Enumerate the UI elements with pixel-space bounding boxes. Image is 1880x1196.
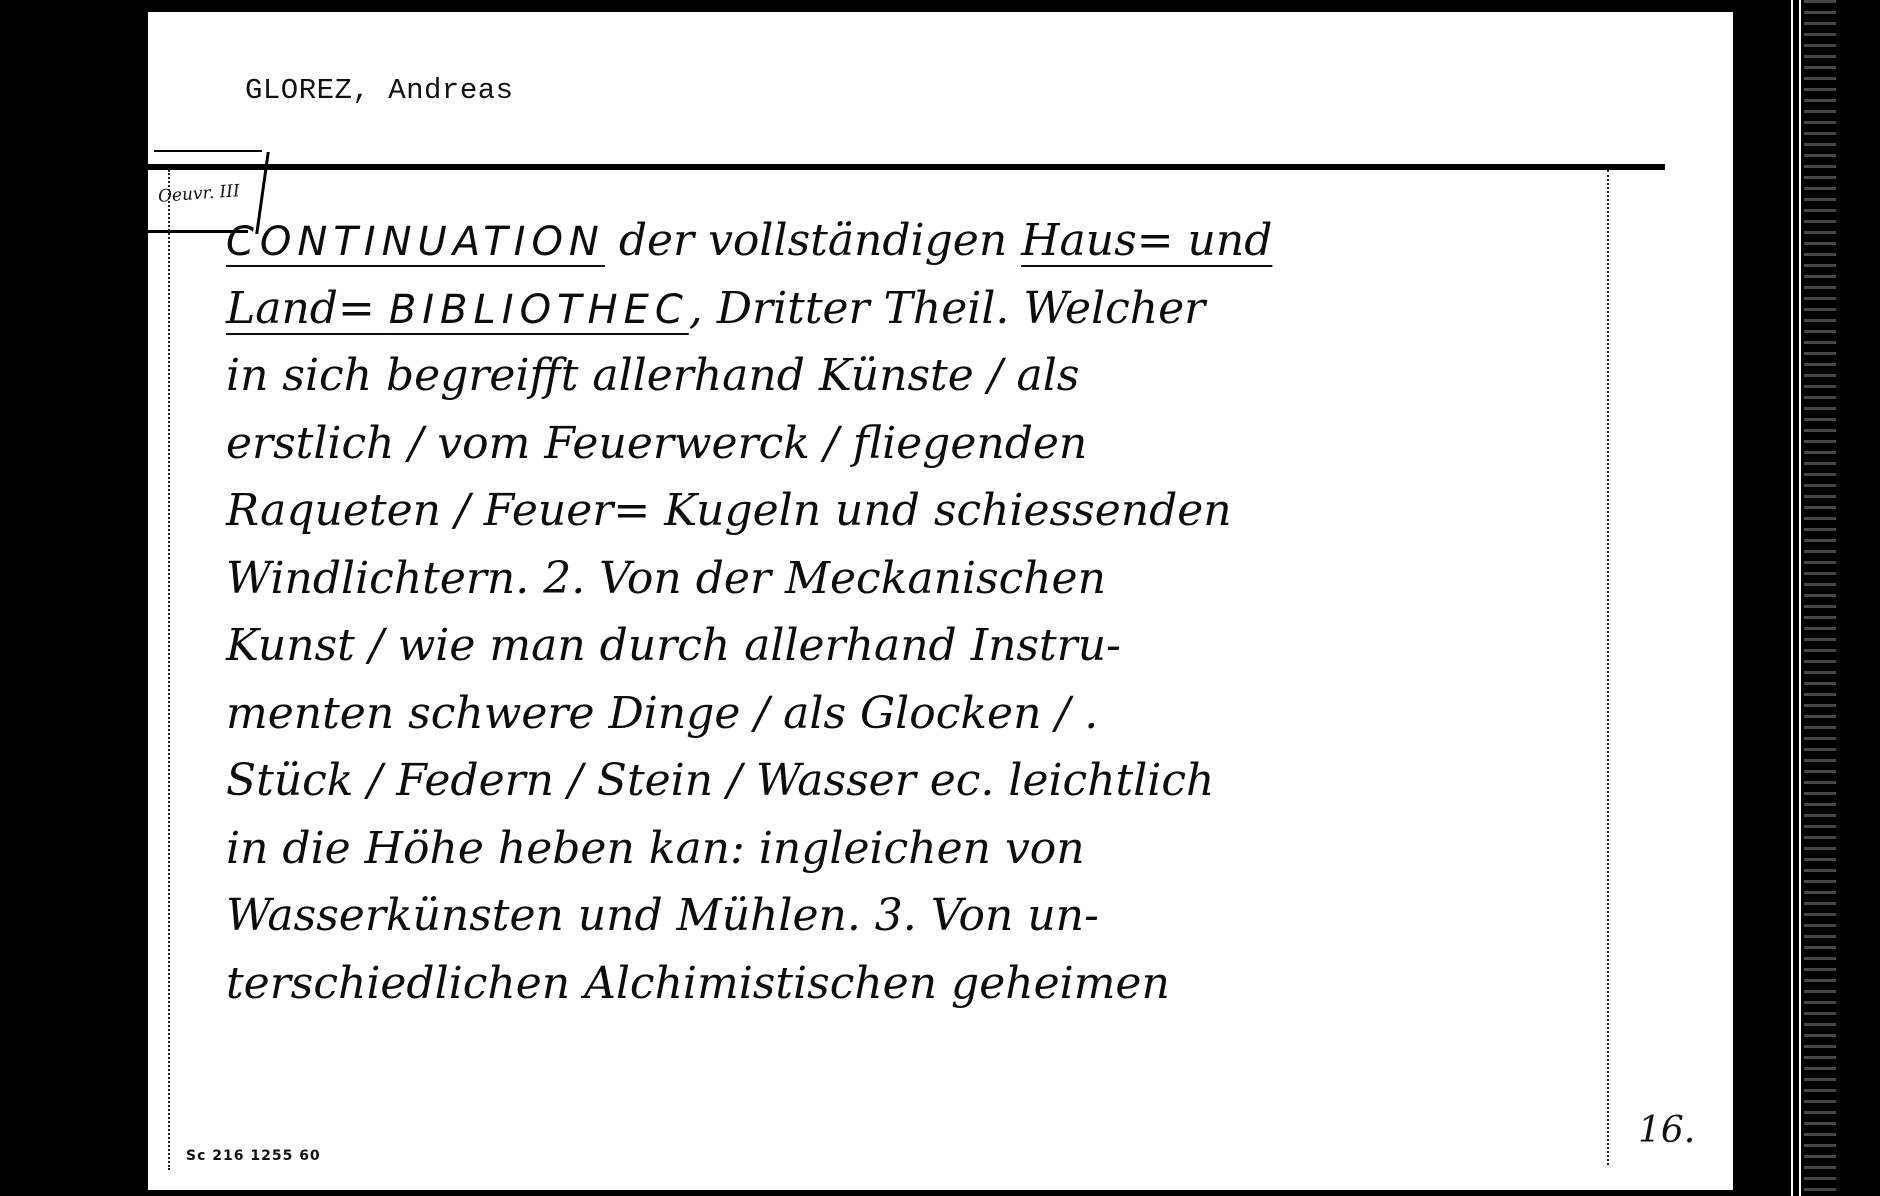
text-segment: der vollständigen bbox=[605, 215, 1021, 266]
footer-catalog-code: Sc 216 1255 60 bbox=[186, 1148, 321, 1164]
text-segment: Kunst / wie man durch allerhand Instru- bbox=[226, 620, 1121, 671]
text-line: Windlichtern. 2. Von der Meckanischen bbox=[226, 545, 1616, 613]
document-page: GLOREZ, Andreas Oeuvr. III CONTINUATION … bbox=[148, 12, 1733, 1190]
text-line: Stück / Federn / Stein / Wasser ec. leic… bbox=[226, 747, 1616, 815]
text-segment: terschiedlichen Alchimistischen geheimen bbox=[226, 958, 1170, 1009]
catalog-card-name: GLOREZ, Andreas bbox=[245, 74, 514, 107]
text-segment: Wasserkünsten und Mühlen. 3. Von un- bbox=[226, 890, 1099, 941]
text-segment: menten schwere Dinge / als Glocken / . bbox=[226, 688, 1098, 739]
text-line: Wasserkünsten und Mühlen. 3. Von un- bbox=[226, 882, 1616, 950]
text-segment: Haus= und bbox=[1021, 215, 1272, 266]
text-segment: BIBLIOTHEC bbox=[389, 287, 689, 333]
text-line: in die Höhe heben kan: ingleichen von bbox=[226, 815, 1616, 883]
handwritten-text: CONTINUATION der vollständigen Haus= und… bbox=[226, 207, 1616, 1017]
text-segment: in die Höhe heben kan: ingleichen von bbox=[226, 823, 1085, 874]
text-segment: Stück / Federn / Stein / Wasser ec. leic… bbox=[226, 755, 1214, 806]
text-segment: , Dritter Theil. Welcher bbox=[689, 283, 1205, 334]
text-segment: in sich begreifft allerhand Künste / als bbox=[226, 350, 1079, 401]
text-line: in sich begreifft allerhand Künste / als bbox=[226, 342, 1616, 410]
text-line: erstlich / vom Feuerwerck / fliegenden bbox=[226, 410, 1616, 478]
text-segment: Raqueten / Feuer= Kugeln und schiessende… bbox=[226, 485, 1232, 536]
text-line: CONTINUATION der vollständigen Haus= und bbox=[226, 207, 1616, 275]
text-line: menten schwere Dinge / als Glocken / . bbox=[226, 680, 1616, 748]
scan-line bbox=[1791, 0, 1793, 1196]
text-line: Land= BIBLIOTHEC, Dritter Theil. Welcher bbox=[226, 275, 1616, 343]
left-margin-rule bbox=[168, 170, 170, 1170]
text-segment: Windlichtern. 2. Von der Meckanischen bbox=[226, 553, 1106, 604]
stamp-border-top bbox=[154, 150, 262, 152]
text-line: Raqueten / Feuer= Kugeln und schiessende… bbox=[226, 477, 1616, 545]
text-segment: CONTINUATION bbox=[226, 219, 605, 265]
text-line: Kunst / wie man durch allerhand Instru- bbox=[226, 612, 1616, 680]
scan-noise bbox=[1804, 0, 1836, 1196]
text-segment: erstlich / vom Feuerwerck / fliegenden bbox=[226, 418, 1087, 469]
header-divider bbox=[148, 164, 1665, 170]
scan-line bbox=[1799, 0, 1801, 1196]
text-line: terschiedlichen Alchimistischen geheimen bbox=[226, 950, 1616, 1018]
text-segment: Land= bbox=[226, 283, 389, 334]
page-number: 16. bbox=[1638, 1110, 1695, 1151]
